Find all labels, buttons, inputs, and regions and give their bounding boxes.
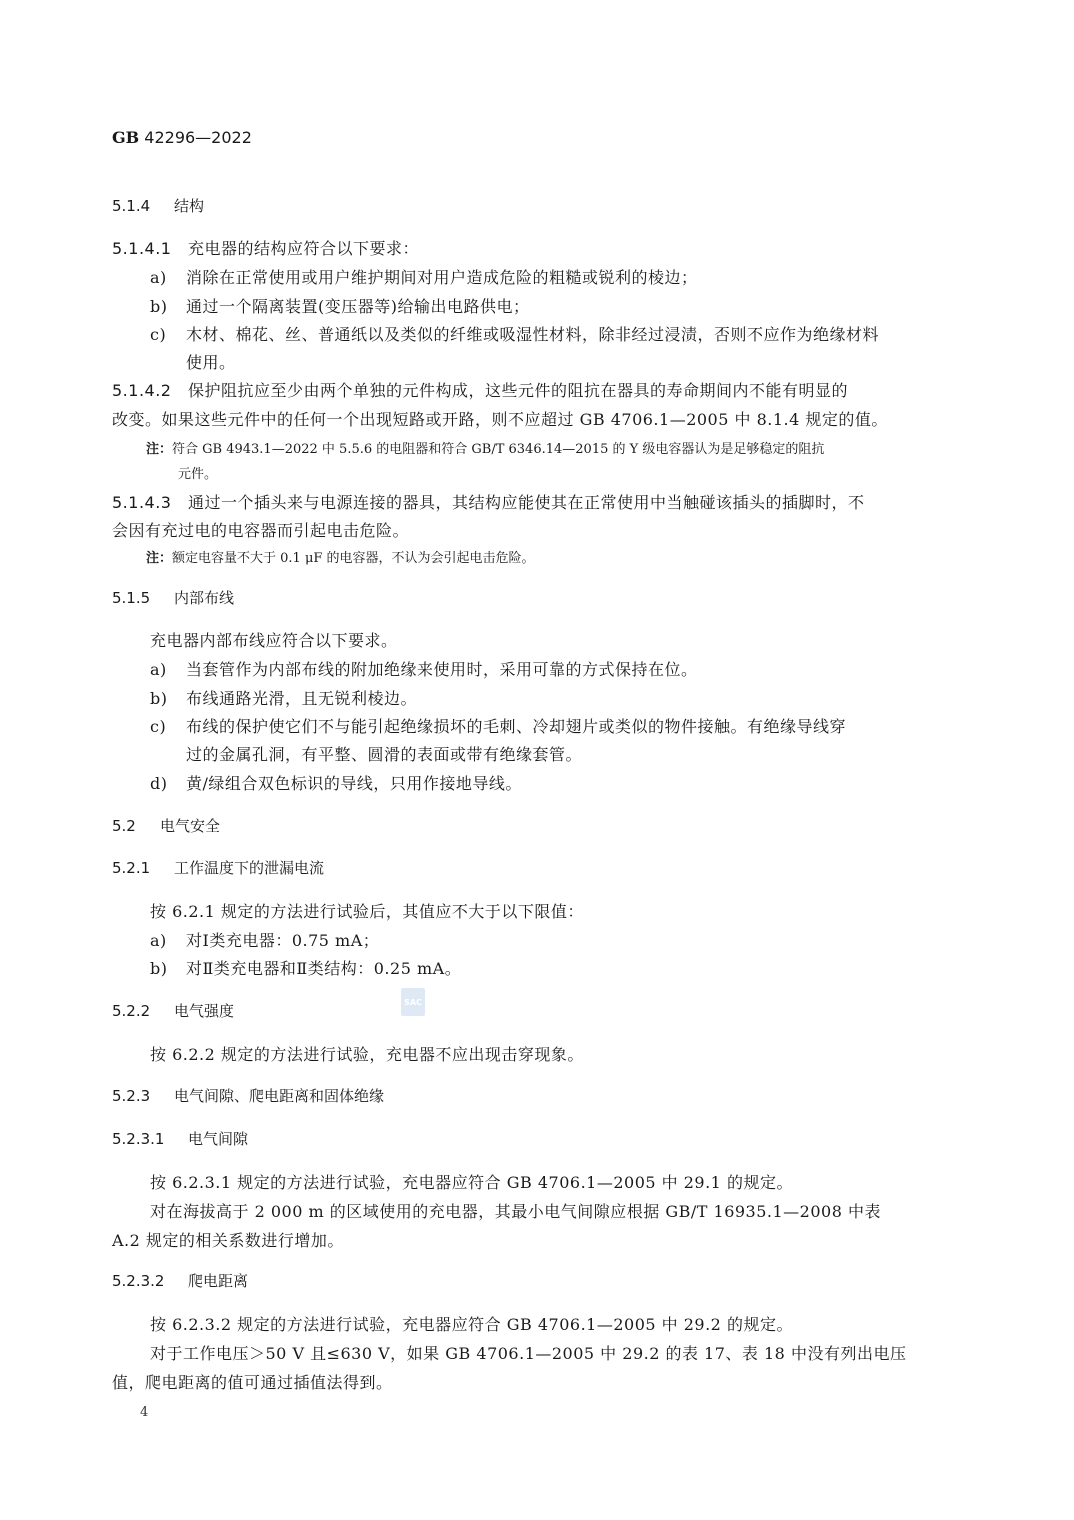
heading-5-2: 5.2电气安全 xyxy=(112,815,220,836)
standard-header: GB 42296—2022 xyxy=(112,128,252,147)
standard-number: 42296—2022 xyxy=(144,128,252,147)
note: 注：符合 GB 4943.1—2022 中 5.5.6 的电阻器和符合 GB/T… xyxy=(146,438,824,457)
heading-5-2-2: 5.2.2电气强度 xyxy=(112,1000,234,1021)
paragraph-continuation: 值，爬电距离的值可通过插值法得到。 xyxy=(112,1370,393,1393)
list-item: a)当套管作为内部布线的附加绝缘来使用时，采用可靠的方式保持在位。 xyxy=(150,657,698,680)
clause-5-1-4-2: 5.1.4.2保护阻抗应至少由两个单独的元件构成，这些元件的阻抗在器具的寿命期间… xyxy=(112,378,848,401)
list-item: d)黄/绿组合双色标识的导线，只用作接地导线。 xyxy=(150,771,522,794)
standard-prefix: GB xyxy=(112,128,139,147)
list-item: a)消除在正常使用或用户维护期间对用户造成危险的粗糙或锐利的棱边； xyxy=(150,265,698,288)
list-item: b)对Ⅱ类充电器和Ⅱ类结构：0.25 mA。 xyxy=(150,956,461,979)
clause-5-1-4-1: 5.1.4.1充电器的结构应符合以下要求： xyxy=(112,236,419,259)
paragraph: 按 6.2.3.1 规定的方法进行试验，充电器应符合 GB 4706.1—200… xyxy=(150,1170,793,1193)
list-item: c)木材、棉花、丝、普通纸以及类似的纤维或吸湿性材料，除非经过浸渍，否则不应作为… xyxy=(150,322,879,345)
heading-5-2-1: 5.2.1工作温度下的泄漏电流 xyxy=(112,857,324,878)
list-item-continuation: 过的金属孔洞，有平整、圆滑的表面或带有绝缘套管。 xyxy=(186,742,582,765)
paragraph-continuation: A.2 规定的相关系数进行增加。 xyxy=(112,1228,344,1251)
paragraph: 对在海拔高于 2 000 m 的区域使用的充电器，其最小电气间隙应根据 GB/T… xyxy=(150,1199,881,1222)
list-item: b)通过一个隔离装置(变压器等)给输出电路供电； xyxy=(150,294,530,317)
sac-watermark-icon: SAC xyxy=(401,988,425,1016)
heading-5-1-5: 5.1.5内部布线 xyxy=(112,587,234,608)
paragraph: 按 6.2.1 规定的方法进行试验后，其值应不大于以下限值： xyxy=(150,899,584,922)
paragraph: 对于工作电压＞50 V 且≤630 V，如果 GB 4706.1—2005 中 … xyxy=(150,1341,906,1364)
heading-5-2-3-2: 5.2.3.2爬电距离 xyxy=(112,1270,248,1291)
heading-5-2-3-1: 5.2.3.1电气间隙 xyxy=(112,1128,248,1149)
paragraph: 按 6.2.3.2 规定的方法进行试验，充电器应符合 GB 4706.1—200… xyxy=(150,1312,793,1335)
clause-5-1-4-3-cont: 会因有充过电的电容器而引起电击危险。 xyxy=(112,518,409,541)
clause-5-1-4-2-cont: 改变。如果这些元件中的任何一个出现短路或开路，则不应超过 GB 4706.1—2… xyxy=(112,407,888,430)
list-item: b)布线通路光滑，且无锐利棱边。 xyxy=(150,686,417,709)
list-item-continuation: 使用。 xyxy=(186,350,236,373)
page-number: 4 xyxy=(140,1405,148,1420)
paragraph: 按 6.2.2 规定的方法进行试验，充电器不应出现击穿现象。 xyxy=(150,1042,584,1065)
note: 注：额定电容量不大于 0.1 μF 的电容器，不认为会引起电击危险。 xyxy=(146,547,535,566)
list-item: c)布线的保护使它们不与能引起绝缘损坏的毛刺、冷却翅片或类似的物件接触。有绝缘导… xyxy=(150,714,846,737)
heading-5-1-4: 5.1.4结构 xyxy=(112,195,204,216)
list-item: a)对Ⅰ类充电器：0.75 mA； xyxy=(150,928,379,951)
note-continuation: 元件。 xyxy=(178,463,217,482)
paragraph: 充电器内部布线应符合以下要求。 xyxy=(150,628,398,651)
clause-5-1-4-3: 5.1.4.3通过一个插头来与电源连接的器具，其结构应能使其在正常使用中当触碰该… xyxy=(112,490,865,513)
heading-5-2-3: 5.2.3电气间隙、爬电距离和固体绝缘 xyxy=(112,1085,384,1106)
